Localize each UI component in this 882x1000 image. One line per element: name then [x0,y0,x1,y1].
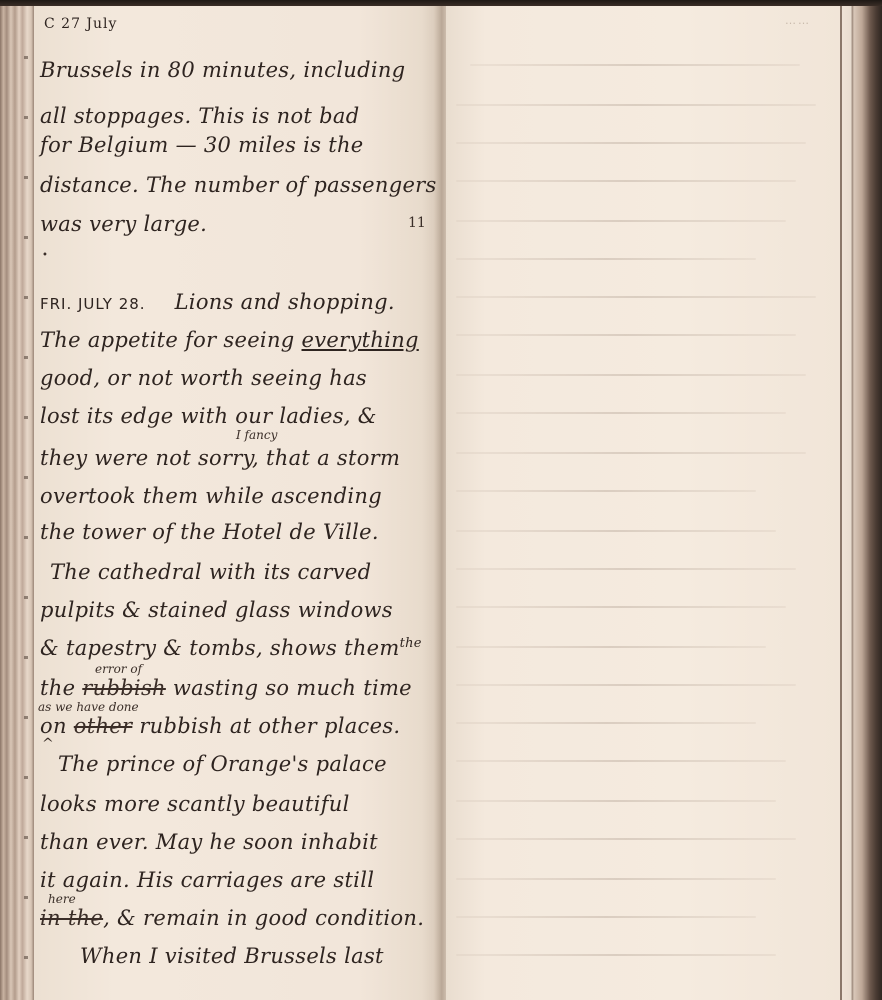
margin-dot: • [42,250,48,261]
caret-mark: ^ [42,736,54,752]
text-line-5: was very large. [40,212,430,236]
text-line-18: looks more scantly beautiful [40,792,430,816]
text-segment: that a storm [266,446,400,470]
bleed-through-line [456,334,796,336]
right-page [446,6,842,1000]
text-line-4: distance. The number of passengers [40,173,430,197]
end-mark: 11 [408,215,426,231]
bleed-through-line [456,954,776,956]
bleed-through-line [456,490,756,492]
bleed-through-line [456,606,786,608]
open-diary: C 27 July Brussels in 80 minutes, includ… [0,0,882,1000]
text-segment: on [40,714,67,738]
bleed-through-line [456,722,756,724]
bleed-through-line [456,258,756,260]
bleed-through-line [456,760,786,762]
bleed-through-line [456,838,796,840]
text-line-3: for Belgium — 30 miles is the [40,133,430,157]
entry-date: FRI. JULY 28. [40,295,146,313]
bleed-through-line [456,568,796,570]
faded-page-number: ​…… [785,14,811,27]
insertion-the: the [400,636,422,651]
text-segment: wasting so much time [173,676,412,700]
bleed-through-line [456,412,786,414]
bleed-through-line [456,220,786,222]
left-page-edges [0,6,34,1000]
bleed-through-line [456,452,806,454]
text-line-14: & tapestry & tombs, shows themthe [40,636,430,660]
text-line-20: it again. His carriages are still [40,868,430,892]
insertion-i-fancy: I fancy [236,428,277,442]
text-line-13: pulpits & stained glass windows [40,598,430,622]
left-edge-marks [24,6,28,1000]
underlined-word: everything [302,328,419,352]
bleed-through-line [456,104,816,106]
bleed-through-line [456,530,776,532]
text-line-22: When I visited Brussels last [80,944,470,968]
text-line-9: they were not sorry, that a storm [40,446,430,470]
struck-word: other [74,714,133,738]
text-line-1: Brussels in 80 minutes, including [40,58,430,82]
bleed-through-line [470,64,800,66]
text-line-11: the tower of the Hotel de Ville. [40,520,430,544]
bleed-through-line [456,646,766,648]
text-line-10: overtook them while ascending [40,484,430,508]
struck-word: in the [40,906,103,930]
text-line-15: the rubbish wasting so much time [40,676,430,700]
text-line-2: all stoppages. This is not bad [40,104,430,128]
text-line-19: than ever. May he soon inhabit [40,830,430,854]
bleed-through-line [456,878,776,880]
page-header: C 27 July [44,16,117,32]
entry-title: Lions and shopping. [175,290,395,314]
text-segment: the [40,676,75,700]
text-segment: , & remain in good condition. [103,906,424,930]
text-segment: & tapestry & tombs, shows them [40,636,400,660]
text-line-12: The cathedral with its carved [50,560,440,584]
text-line-21: in the, & remain in good condition. [40,906,430,930]
right-page-edges [842,6,882,1000]
entry-heading-line: FRI. JULY 28. Lions and shopping. [40,290,430,314]
text-segment: rubbish at other places. [139,714,400,738]
text-segment: they were not sorry, [40,446,259,470]
bleed-through-line [456,180,796,182]
bleed-through-line [456,800,776,802]
insertion-here: here [48,892,76,906]
bleed-through-line [456,296,816,298]
text-line-7: good, or not worth seeing has [40,366,430,390]
text-line-8: lost its edge with our ladies, & [40,404,430,428]
bleed-through-line [456,916,756,918]
text-line-16: on other rubbish at other places. [40,714,430,738]
insertion-error-of: error of [95,662,142,676]
bleed-through-line [456,684,796,686]
bleed-through-line [456,142,806,144]
text-line-6: The appetite for seeing everything [40,328,430,352]
text-line-17: The prince of Orange's palace [58,752,448,776]
text-segment: The appetite for seeing [40,328,302,352]
struck-word: rubbish [82,676,166,700]
insertion-as-we-have-done: as we have done [38,700,139,714]
bleed-through-line [456,374,806,376]
